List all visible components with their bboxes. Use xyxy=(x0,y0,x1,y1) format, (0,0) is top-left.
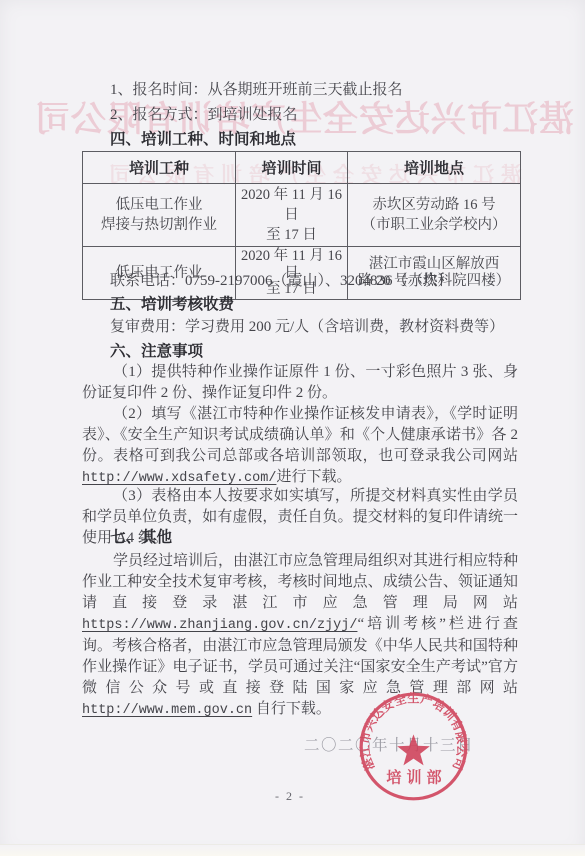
paper-bottom-edge xyxy=(0,844,585,856)
body-text: （2）填写《湛江市特种作业操作证核发申请表》，《学时证明表》、《安全生产知识考试… xyxy=(82,406,518,464)
seal-department-label: 培训部 xyxy=(386,769,446,787)
body-text: 自行下载。 xyxy=(252,701,331,717)
section4-heading: 四、培训工种、时间和地点 xyxy=(82,129,546,150)
cell-place: 赤坎区劳动路 16 号 （市职工业余学校内） xyxy=(348,184,521,247)
cell-worktype: 低压电工作业 焊接与热切割作业 xyxy=(83,184,236,247)
col-header-place: 培训地点 xyxy=(348,152,521,184)
col-header-time: 培训时间 xyxy=(236,152,348,184)
url-text: http://www.xdsafety.com/ xyxy=(82,471,276,486)
fee-line: 复审费用：学习费用 200 元/人（含培训费，教材资料费等） xyxy=(82,317,546,338)
scanned-document-page: 湛江市兴达安全生产培训有限公司 湛江市兴达安全生产培训有限公司 1、报名时间：从… xyxy=(0,0,585,856)
seal-ring-text: 湛江市兴达安全生产培训有限公司 xyxy=(357,690,469,772)
section7-heading: 七、其他 xyxy=(82,527,546,548)
col-header-worktype: 培训工种 xyxy=(83,152,236,184)
notice-item-2: （2）填写《湛江市特种作业操作证核发申请表》，《学时证明表》、《安全生产知识考试… xyxy=(82,404,518,489)
table-header-row: 培训工种 培训时间 培训地点 xyxy=(83,152,521,184)
signup-method-line: 2、报名方式：到培训处报名 xyxy=(82,105,546,126)
signup-time-line: 1、报名时间：从各期班开班前三天截止报名 xyxy=(82,80,546,101)
seal-star-icon xyxy=(397,734,430,765)
body-text: 学员经过培训后，由湛江市应急管理局组织对其进行相应特种作业工种安全技术复审考核，… xyxy=(82,553,518,611)
table-row: 低压电工作业 焊接与热切割作业 2020 年 11 月 16 日 至 17 日 … xyxy=(83,184,521,247)
cell-time: 2020 年 11 月 16 日 至 17 日 xyxy=(236,184,348,247)
company-seal-stamp: 湛江市兴达安全生产培训有限公司 培训部 xyxy=(333,666,494,827)
section5-heading: 五、培训考核收费 xyxy=(82,294,546,315)
contact-phone-line: 联系电话：0759-2197006（霞山）、3204836（赤坎） xyxy=(82,271,546,292)
url-text: http://www.mem.gov.cn xyxy=(82,703,252,718)
body-text: 进行下载。 xyxy=(276,469,351,485)
notice-item-1: （1）提供特种作业操作证原件 1 份、一寸彩色照片 3 张、身份证复印件 2 份… xyxy=(82,362,518,404)
url-text: https://www.zhanjiang.gov.cn/zjyj/ xyxy=(82,618,357,633)
page-number: - 2 - xyxy=(240,789,340,804)
section6-heading: 六、注意事项 xyxy=(82,341,546,362)
